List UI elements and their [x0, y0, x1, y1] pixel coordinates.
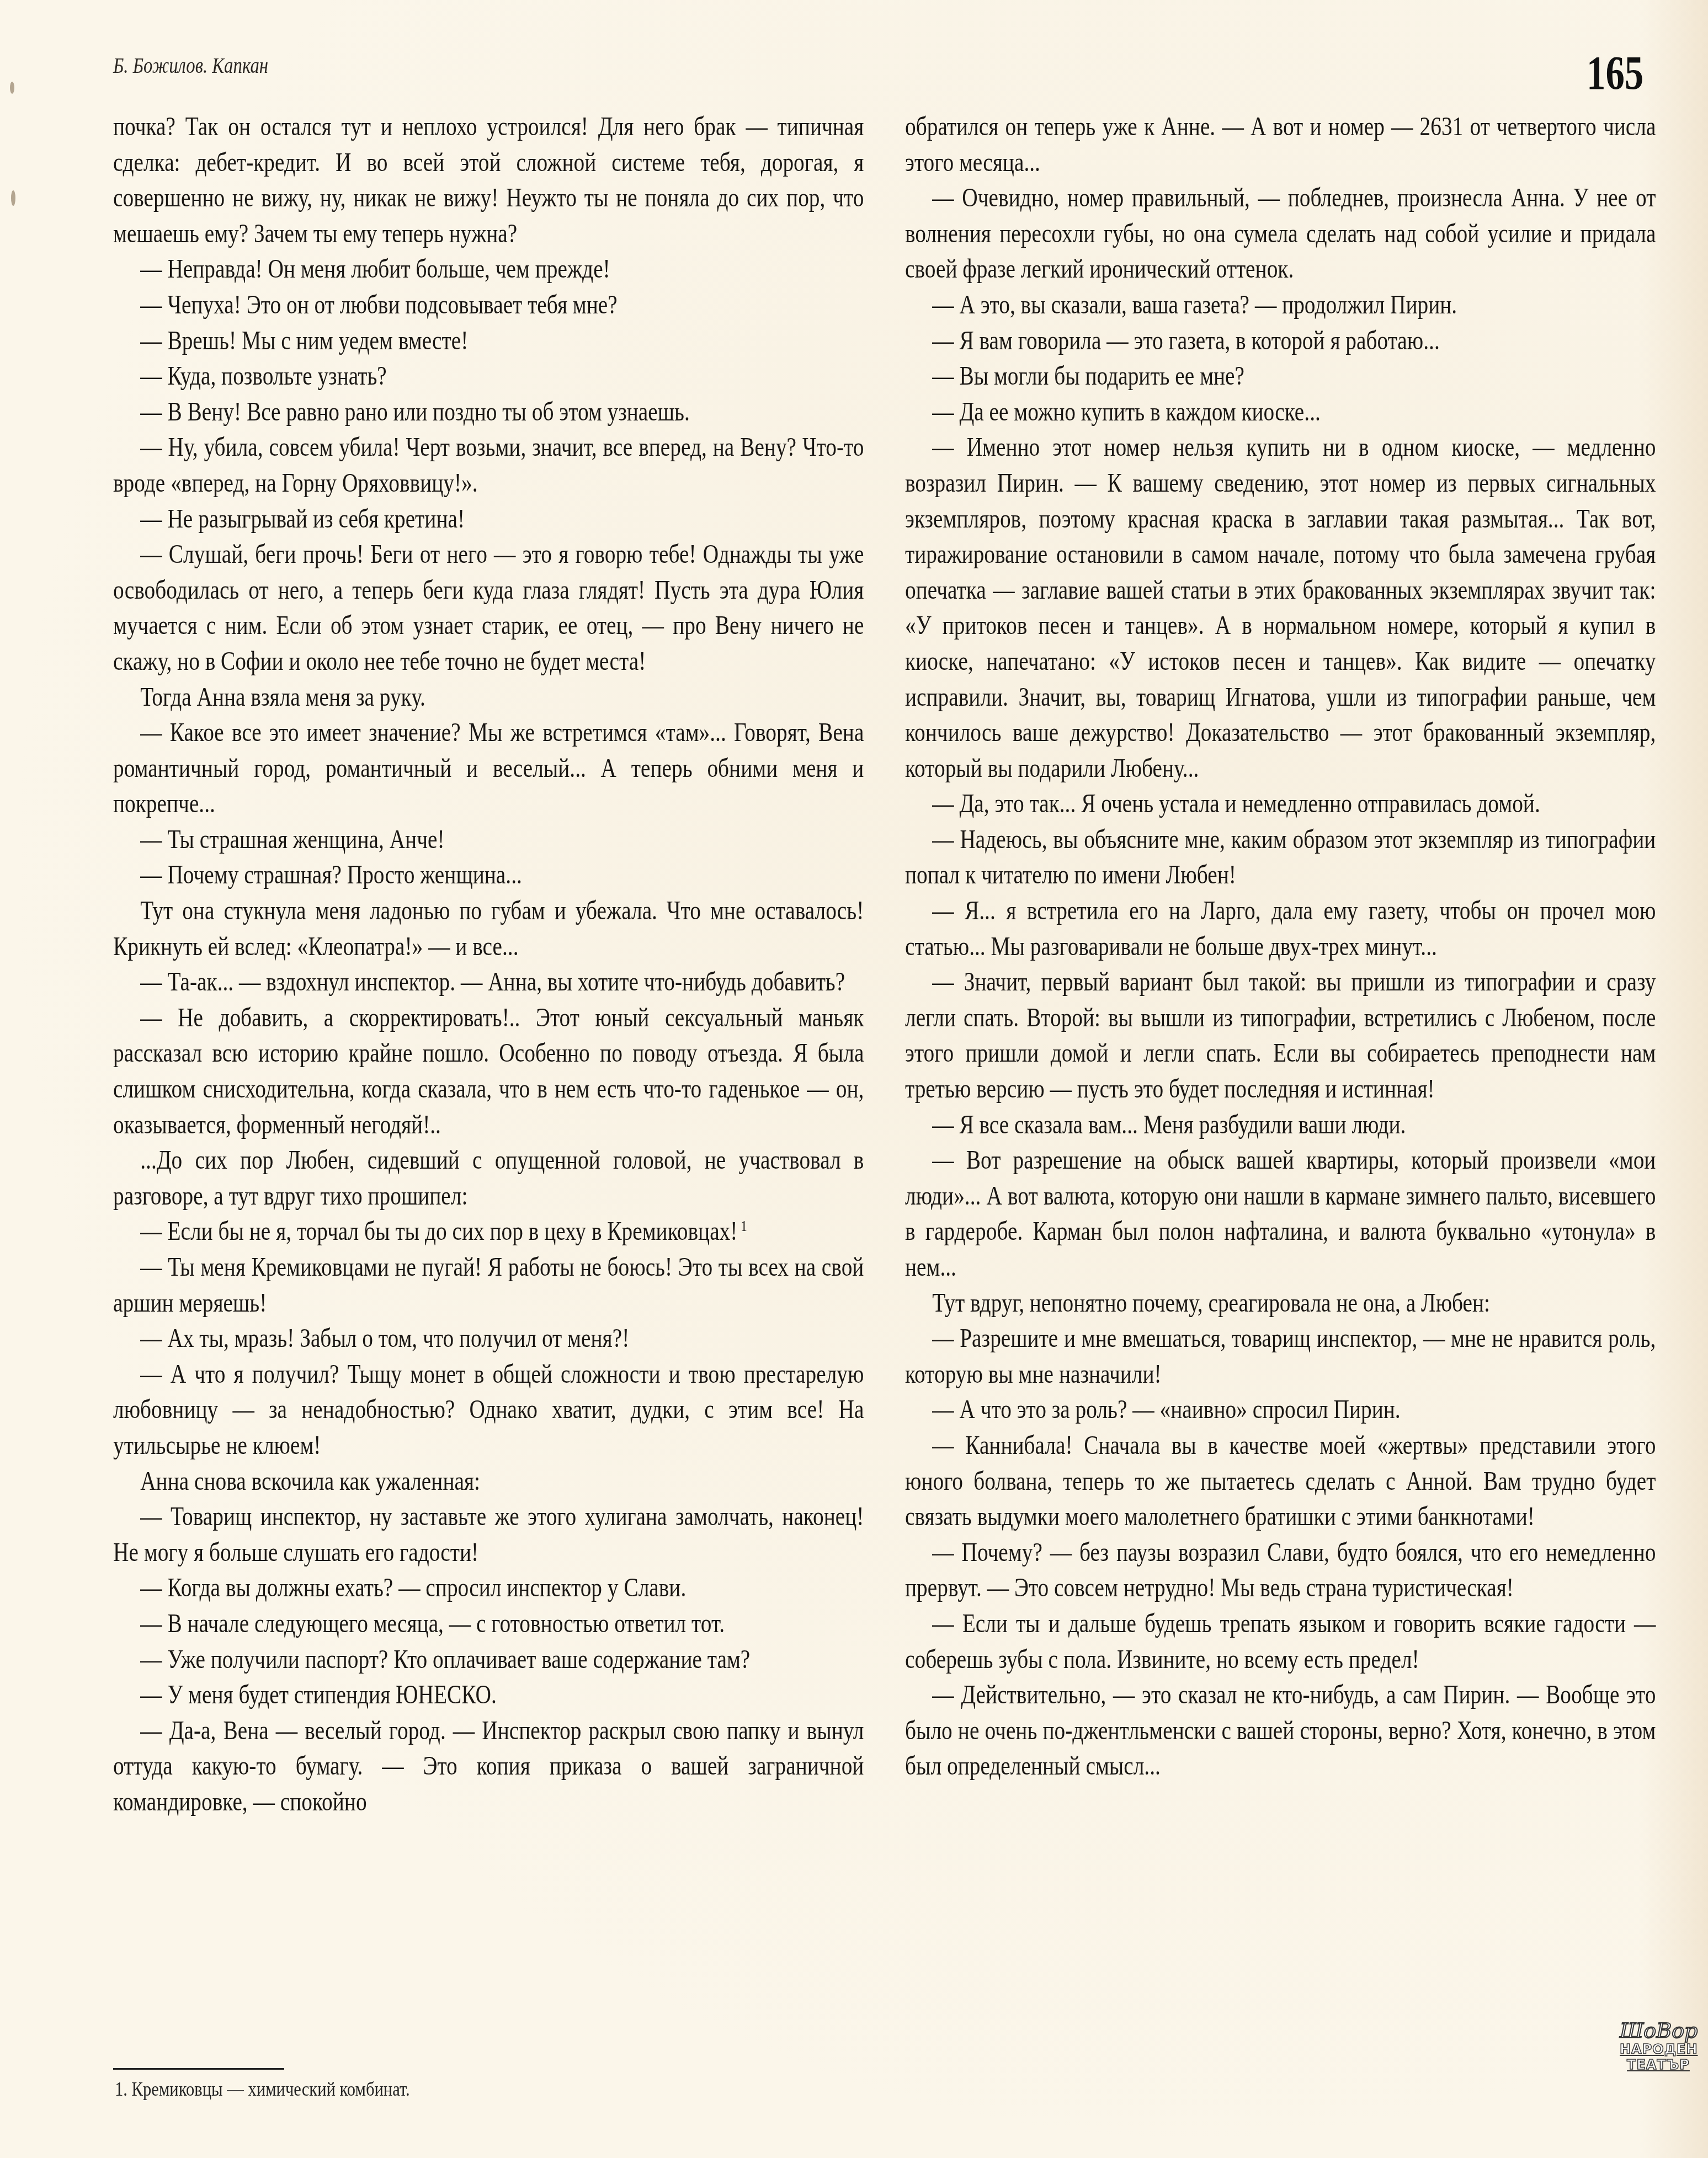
paragraph: — Чепуха! Это он от любви подсовывает те… [113, 287, 864, 323]
paragraph: — У меня будет стипендия ЮНЕСКО. [113, 1677, 864, 1713]
right-column-body: обратился он теперь уже к Анне. — А вот … [905, 109, 1656, 1784]
paragraph: — Ах ты, мразь! Забыл о том, что получил… [113, 1321, 864, 1357]
paragraph: — Не добавить, а скорректировать!.. Этот… [113, 1000, 864, 1143]
watermark-line-1: НАРОДЕН [1620, 2042, 1697, 2057]
paper-speck [11, 190, 15, 206]
paragraph: обратился он теперь уже к Анне. — А вот … [905, 109, 1656, 180]
watermark-signature: ШоВор [1620, 2020, 1697, 2042]
paragraph: — Именно этот номер нельзя купить ни в о… [905, 430, 1656, 786]
page-number: 165 [1587, 45, 1643, 100]
text-column-left: почка? Так он остался тут и неплохо устр… [113, 109, 864, 1820]
paragraph: — А что это за роль? — «наивно» спросил … [905, 1392, 1656, 1428]
paragraph: — В Вену! Все равно рано или поздно ты о… [113, 395, 864, 430]
paragraph: — А что я получил? Тыщу монет в общей сл… [113, 1357, 864, 1464]
paragraph: — Слушай, беги прочь! Беги от него — это… [113, 537, 864, 679]
paragraph: — Уже получили паспорт? Кто оплачивает в… [113, 1642, 864, 1678]
paragraph: — Надеюсь, вы объясните мне, каким образ… [905, 822, 1656, 893]
paragraph: — Каннибала! Сначала вы в качестве моей … [905, 1428, 1656, 1535]
watermark-logo: ШоВор НАРОДЕН ТЕАТЪР [1620, 2020, 1697, 2086]
paragraph: Тогда Анна взяла меня за руку. [113, 680, 864, 716]
paragraph: — Ты страшная женщина, Анче! [113, 822, 864, 858]
footnote-ref: 1 [737, 1218, 747, 1235]
paragraph: — Куда, позвольте узнать? [113, 359, 864, 395]
paragraph: — Очевидно, номер правильный, — побледне… [905, 180, 1656, 287]
paragraph: — Когда вы должны ехать? — спросил инспе… [113, 1570, 864, 1606]
paragraph: — А это, вы сказали, ваша газета? — прод… [905, 287, 1656, 323]
paragraph: — Значит, первый вариант был такой: вы п… [905, 965, 1656, 1107]
paragraph: — Товарищ инспектор, ну заставьте же это… [113, 1499, 864, 1570]
paragraph: — Не разыгрывай из себя кретина! [113, 502, 864, 537]
left-column-body: почка? Так он остался тут и неплохо устр… [113, 109, 864, 1820]
paragraph: — Вы могли бы подарить ее мне? [905, 359, 1656, 395]
paper-speck [10, 82, 14, 94]
running-head: Б. Божилов. Капкан [113, 52, 268, 78]
paragraph: — Да-а, Вена — веселый город. — Инспекто… [113, 1713, 864, 1820]
paragraph: Анна снова вскочила как ужаленная: [113, 1464, 864, 1500]
paragraph: — Я все сказала вам... Меня разбудили ва… [905, 1107, 1656, 1143]
paragraph: — Да, это так... Я очень устала и немедл… [905, 786, 1656, 822]
paragraph: ...До сих пор Любен, сидевший с опущенно… [113, 1143, 864, 1214]
paragraph: — Разрешите и мне вмешаться, товарищ инс… [905, 1321, 1656, 1392]
paragraph: — Почему? — без паузы возразил Слави, бу… [905, 1535, 1656, 1606]
paragraph: — Да ее можно купить в каждом киоске... [905, 395, 1656, 430]
paragraph: — Если ты и дальше будешь трепать языком… [905, 1606, 1656, 1677]
paragraph: — Неправда! Он меня любит больше, чем пр… [113, 252, 864, 287]
paragraph: — Ну, убила, совсем убила! Черт возьми, … [113, 430, 864, 501]
paragraph: — В начале следующего месяца, — с готовн… [113, 1606, 864, 1642]
paragraph: — Ты меня Кремиковцами не пугай! Я работ… [113, 1250, 864, 1321]
text-column-right: обратился он теперь уже к Анне. — А вот … [905, 109, 1656, 1784]
paragraph: — Какое все это имеет значение? Мы же вс… [113, 715, 864, 822]
paragraph: — Действительно, — это сказал не кто-ниб… [905, 1677, 1656, 1784]
paragraph: Тут она стукнула меня ладонью по губам и… [113, 893, 864, 965]
footnote: 1. Кремиковцы — химический комбинат. [115, 2077, 410, 2101]
paragraph: — Я... я встретила его на Ларго, дала ем… [905, 893, 1656, 965]
paragraph: — Вот разрешение на обыск вашей квартиры… [905, 1143, 1656, 1285]
watermark-line-2: ТЕАТЪР [1620, 2057, 1697, 2072]
paragraph: — Та-ак... — вздохнул инспектор. — Анна,… [113, 965, 864, 1000]
paragraph: Тут вдруг, непонятно почему, среагировал… [905, 1286, 1656, 1322]
paragraph: — Я вам говорила — это газета, в которой… [905, 323, 1656, 359]
paragraph: почка? Так он остался тут и неплохо устр… [113, 109, 864, 252]
paragraph: — Почему страшная? Просто женщина... [113, 857, 864, 893]
footnote-divider [113, 2068, 284, 2070]
paragraph: — Если бы не я, торчал бы ты до сих пор … [113, 1214, 864, 1250]
paragraph: — Врешь! Мы с ним уедем вместе! [113, 323, 864, 359]
